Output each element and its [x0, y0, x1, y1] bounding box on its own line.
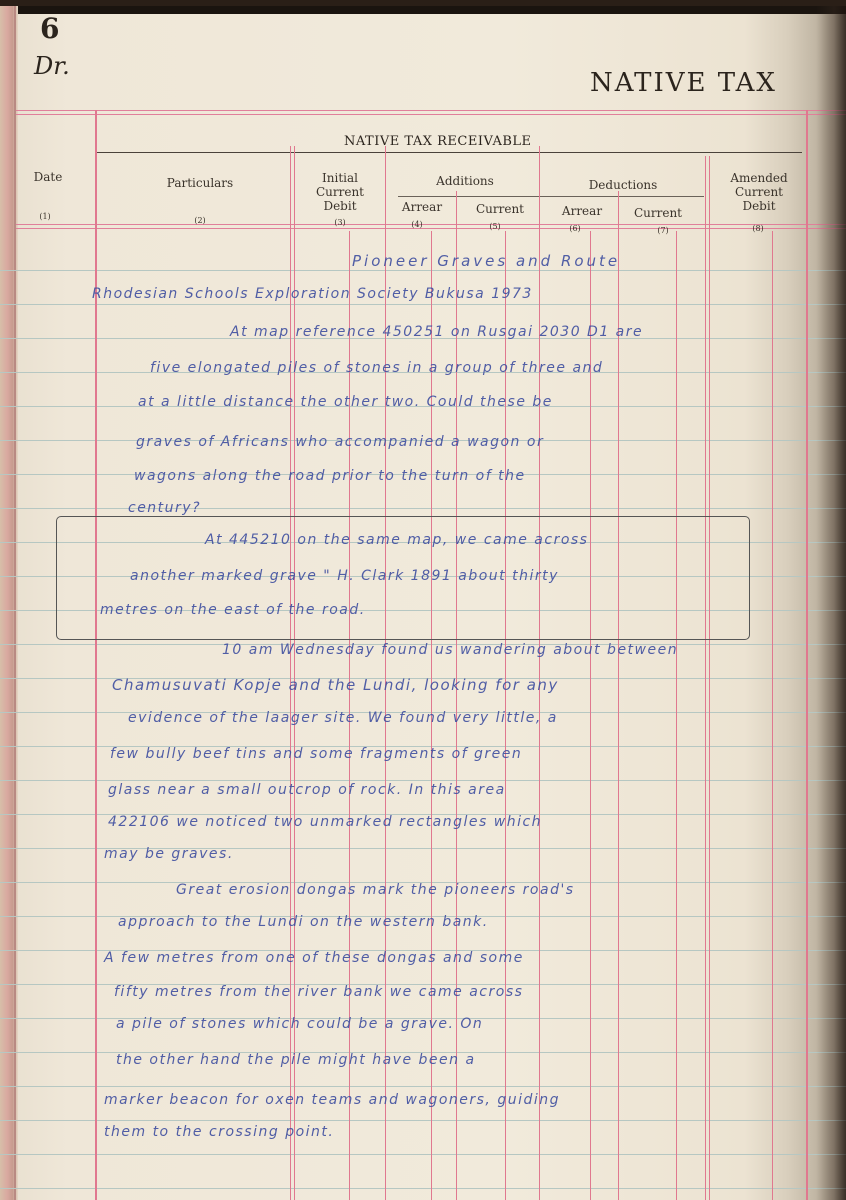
column-rule — [294, 146, 295, 1200]
header-line: Current — [720, 185, 798, 199]
handwritten-line: approach to the Lundi on the western ban… — [118, 914, 489, 930]
handwritten-line: at a little distance the other two. Coul… — [138, 394, 553, 410]
col-date-num: (1) — [30, 210, 60, 224]
column-rule — [772, 231, 773, 1200]
column-rule — [618, 191, 619, 1200]
debit-label: Dr. — [34, 52, 70, 80]
ruling-line — [0, 1120, 846, 1121]
handwritten-line: Rhodesian Schools Exploration Society Bu… — [92, 286, 533, 302]
ruling-line — [0, 304, 846, 305]
page-curl-shadow — [816, 6, 846, 1200]
ruling-line — [0, 780, 846, 781]
handwritten-line: few bully beef tins and some fragments o… — [110, 746, 522, 762]
column-rule — [456, 191, 457, 1200]
col-amended-debit-num: (8) — [743, 222, 773, 236]
handwritten-line: glass near a small outcrop of rock. In t… — [108, 782, 506, 798]
column-rule — [676, 231, 677, 1200]
handwritten-line: At 445210 on the same map, we came acros… — [205, 532, 588, 548]
col-ded-current-header: Current — [628, 206, 688, 220]
handwritten-line: a pile of stones which could be a grave.… — [116, 1016, 483, 1032]
handwritten-heading: Pioneer Graves and Route — [352, 252, 620, 270]
ruling-line — [0, 1086, 846, 1087]
handwritten-line: graves of Africans who accompanied a wag… — [136, 434, 544, 450]
col-initial-debit-num: (3) — [325, 216, 355, 230]
col-amended-debit-header: Amended Current Debit — [720, 171, 798, 213]
page-title: NATIVE TAX — [590, 68, 777, 98]
handwritten-line: Great erosion dongas mark the pioneers r… — [176, 882, 575, 898]
col-ded-arrear-num: (6) — [560, 222, 590, 236]
col-add-arrear-num: (4) — [402, 218, 432, 232]
handwritten-line: Chamusuvati Kopje and the Lundi, looking… — [112, 676, 559, 694]
receivable-underline — [96, 152, 802, 153]
header-line: Current — [300, 185, 380, 199]
header-line: Debit — [300, 199, 380, 213]
ruling-line — [0, 508, 846, 509]
col-ded-current-num: (7) — [648, 224, 678, 238]
handwritten-line: the other hand the pile might have been … — [116, 1052, 476, 1068]
col-add-arrear-header: Arrear — [392, 200, 452, 214]
handwritten-line: evidence of the laager site. We found ve… — [128, 710, 558, 726]
col-ded-arrear-header: Arrear — [552, 204, 612, 218]
col-add-current-num: (5) — [480, 220, 510, 234]
header-line: Initial — [300, 171, 380, 185]
col-date-header: Date — [26, 170, 70, 184]
handwritten-line: marker beacon for oxen teams and wagoner… — [104, 1092, 560, 1108]
ruling-line — [0, 270, 846, 271]
handwritten-line: may be graves. — [104, 846, 234, 862]
col-add-current-header: Current — [470, 202, 530, 216]
col-particulars-header: Particulars — [150, 176, 250, 190]
handwritten-line: metres on the east of the road. — [100, 602, 366, 618]
column-rule — [385, 146, 386, 1200]
handwritten-line: five elongated piles of stones in a grou… — [150, 360, 603, 376]
handwritten-line: another marked grave " H. Clark 1891 abo… — [130, 568, 559, 584]
book-edge-top — [0, 6, 846, 14]
handwritten-line: them to the crossing point. — [104, 1124, 334, 1140]
receivable-title: NATIVE TAX RECEIVABLE — [344, 134, 532, 149]
header-line: Amended — [720, 171, 798, 185]
column-rule — [806, 110, 808, 1200]
column-rule — [290, 146, 291, 1200]
handwritten-line: A few metres from one of these dongas an… — [104, 950, 524, 966]
column-rule — [539, 146, 540, 1200]
ledger-page: 6 Dr. NATIVE TAX NATIVE TAX RE — [0, 6, 846, 1200]
handwritten-line: wagons along the road prior to the turn … — [134, 468, 526, 484]
column-rule — [705, 156, 706, 1200]
handwritten-line: At map reference 450251 on Rusgai 2030 D… — [230, 324, 643, 340]
group-underline — [398, 196, 704, 197]
spine-rule — [14, 6, 16, 1200]
column-rule — [95, 110, 97, 1200]
header-top-rule — [16, 110, 846, 115]
handwritten-line: 422106 we noticed two unmarked rectangle… — [108, 814, 542, 830]
header-line: Debit — [720, 199, 798, 213]
col-particulars-num: (2) — [185, 214, 215, 228]
ruling-line — [0, 1154, 846, 1155]
column-rule — [590, 231, 591, 1200]
ruling-line — [0, 1188, 846, 1189]
handwritten-line: 10 am Wednesday found us wandering about… — [222, 642, 678, 658]
additions-group-header: Additions — [420, 174, 510, 188]
col-initial-debit-header: Initial Current Debit — [300, 171, 380, 213]
deductions-group-header: Deductions — [578, 178, 668, 192]
handwritten-line: fifty metres from the river bank we came… — [114, 984, 523, 1000]
column-rule — [709, 156, 710, 1200]
handwritten-line: century? — [128, 500, 201, 516]
page-number: 6 — [40, 12, 59, 45]
